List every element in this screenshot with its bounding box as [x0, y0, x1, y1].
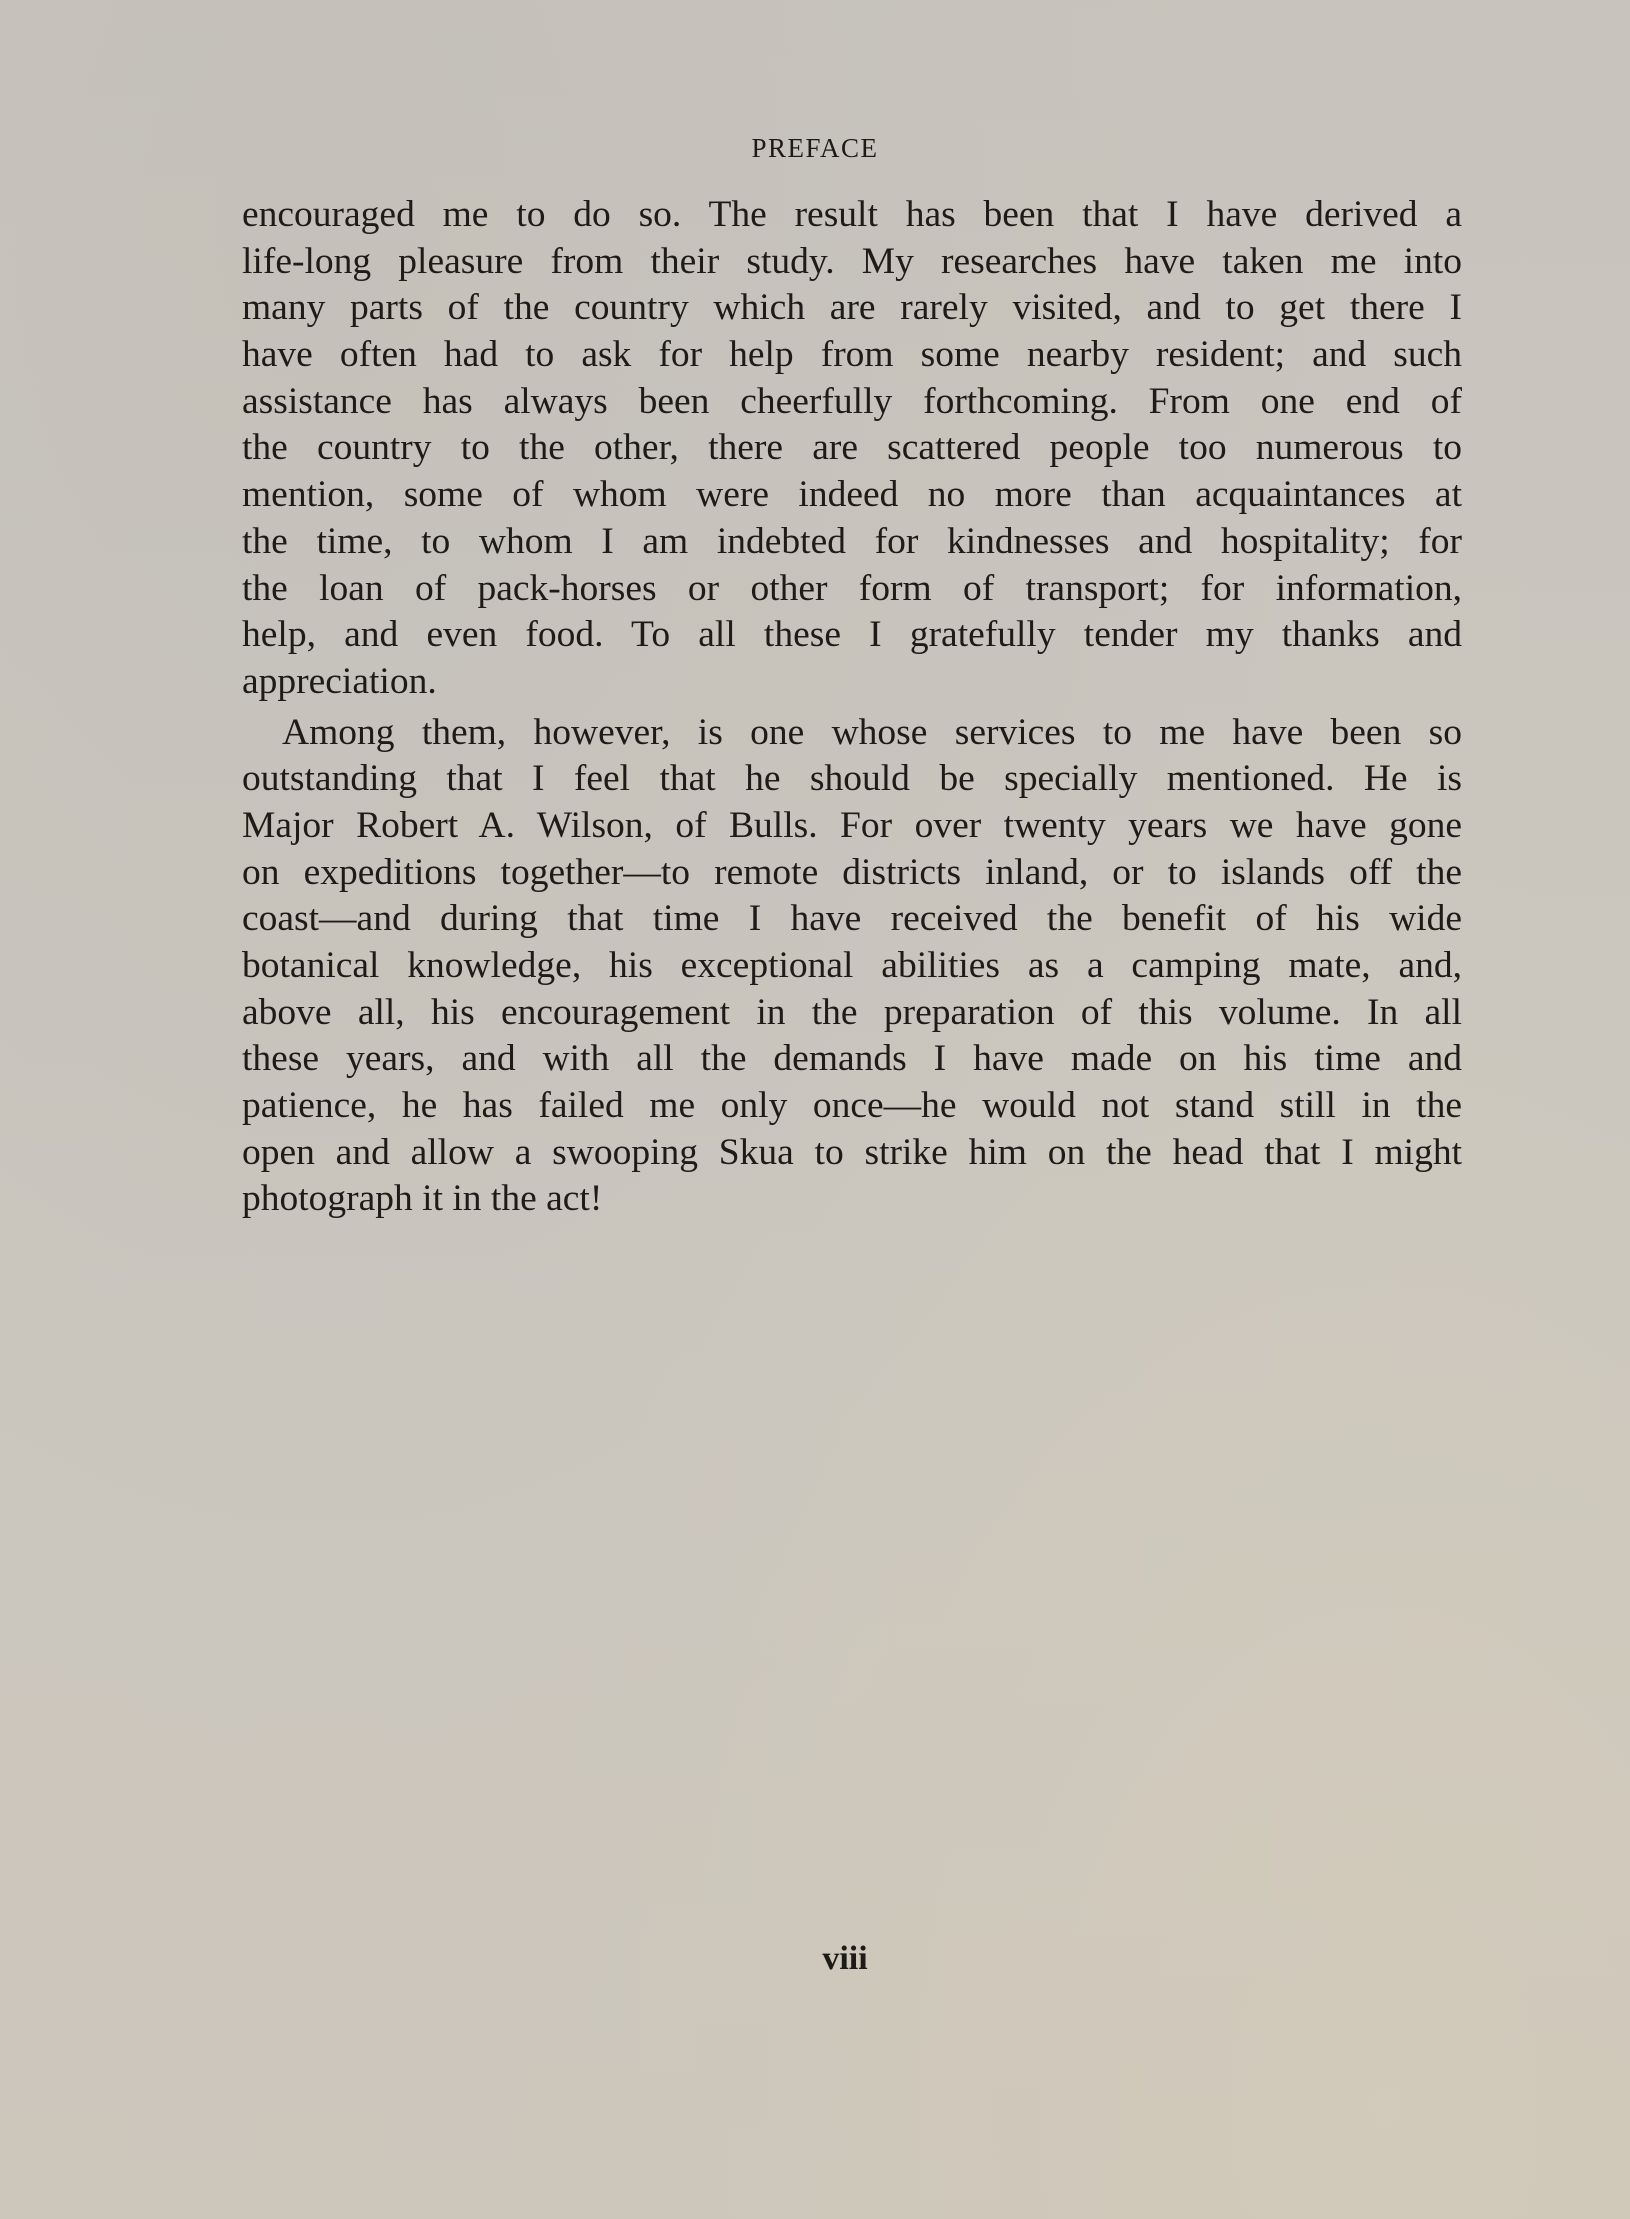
paragraph-2: Among them, however, is one whose servic… [242, 710, 1462, 1224]
text-line: encouraged me to do so. The result has b… [242, 192, 1462, 239]
text-line: photograph it in the act! [242, 1176, 1462, 1223]
text-line: open and allow a swooping Skua to strike… [242, 1130, 1462, 1177]
text-line: the country to the other, there are scat… [242, 425, 1462, 472]
text-line: assistance has always been cheerfully fo… [242, 379, 1462, 426]
text-line: botanical knowledge, his exceptional abi… [242, 943, 1462, 990]
text-line: help, and even food. To all these I grat… [242, 612, 1462, 659]
text-line: above all, his encouragement in the prep… [242, 990, 1462, 1037]
text-line: the loan of pack-horses or other form of… [242, 566, 1462, 613]
preface-body: encouraged me to do so. The result has b… [242, 192, 1462, 1223]
text-line: appreciation. [242, 659, 1462, 706]
text-line: the time, to whom I am indebted for kind… [242, 519, 1462, 566]
text-line: life-long pleasure from their study. My … [242, 239, 1462, 286]
text-line: outstanding that I feel that he should b… [242, 756, 1462, 803]
running-head: PREFACE [0, 133, 1630, 164]
book-page: PREFACE encouraged me to do so. The resu… [0, 0, 1630, 2219]
text-line: have often had to ask for help from some… [242, 332, 1462, 379]
text-line: patience, he has failed me only once—he … [242, 1083, 1462, 1130]
text-line: coast—and during that time I have receiv… [242, 896, 1462, 943]
page-number: viii [0, 1940, 1630, 1978]
paragraph-1: encouraged me to do so. The result has b… [242, 192, 1462, 706]
text-line: mention, some of whom were indeed no mor… [242, 472, 1462, 519]
text-line: Among them, however, is one whose servic… [242, 710, 1462, 757]
text-line: Major Robert A. Wilson, of Bulls. For ov… [242, 803, 1462, 850]
text-line: on expeditions together—to remote distri… [242, 850, 1462, 897]
text-line: these years, and with all the demands I … [242, 1036, 1462, 1083]
text-line: many parts of the country which are rare… [242, 285, 1462, 332]
